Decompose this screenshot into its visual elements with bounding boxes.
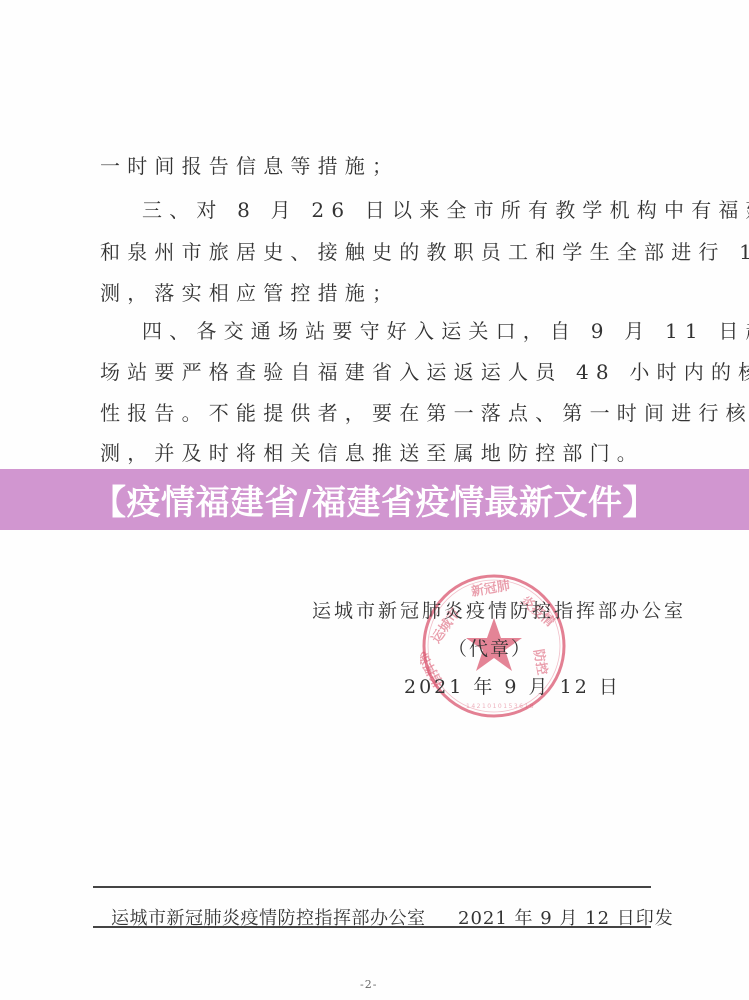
paragraph-line: 一时间报告信息等措施；: [100, 153, 399, 179]
paragraph-line: 和泉州市旅居史、接触史的教职员工和学生全部进行 1 次核酸检: [100, 239, 749, 265]
signature-seal-note: （代章）: [448, 634, 532, 661]
paragraph-line: 测，落实相应管控措施；: [100, 280, 399, 306]
page-number: -2-: [360, 978, 377, 991]
signature-date: 2021 年 9 月 12 日: [404, 672, 621, 699]
paragraph-line: 性报告。不能提供者，要在第一落点、第一时间进行核酸采样检: [100, 400, 749, 426]
document-page: 一时间报告信息等措施； 三、对 8 月 26 日以来全市所有教学机构中有福建省莆…: [0, 0, 749, 1000]
paragraph-line: 场站要严格查验自福建省入运返运人员 48 小时内的核酸检测阴: [100, 359, 749, 385]
title-banner: 【疫情福建省/福建省疫情最新文件】: [0, 469, 749, 530]
paragraph-line: 三、对 8 月 26 日以来全市所有教学机构中有福建省莆田市: [142, 197, 749, 223]
banner-title: 【疫情福建省/福建省疫情最新文件】: [92, 475, 657, 524]
paragraph-line: 四、各交通场站要守好入运关口，自 9 月 11 日起，各交通: [142, 318, 749, 344]
svg-text:1421010153618: 1421010153618: [466, 703, 535, 710]
paragraph-line: 测，并及时将相关信息推送至属地防控部门。: [100, 440, 644, 466]
signature-organization: 运城市新冠肺炎疫情防控指挥部办公室: [312, 596, 686, 623]
footer-divider-bottom: [93, 926, 651, 928]
footer-divider-top: [93, 886, 651, 888]
